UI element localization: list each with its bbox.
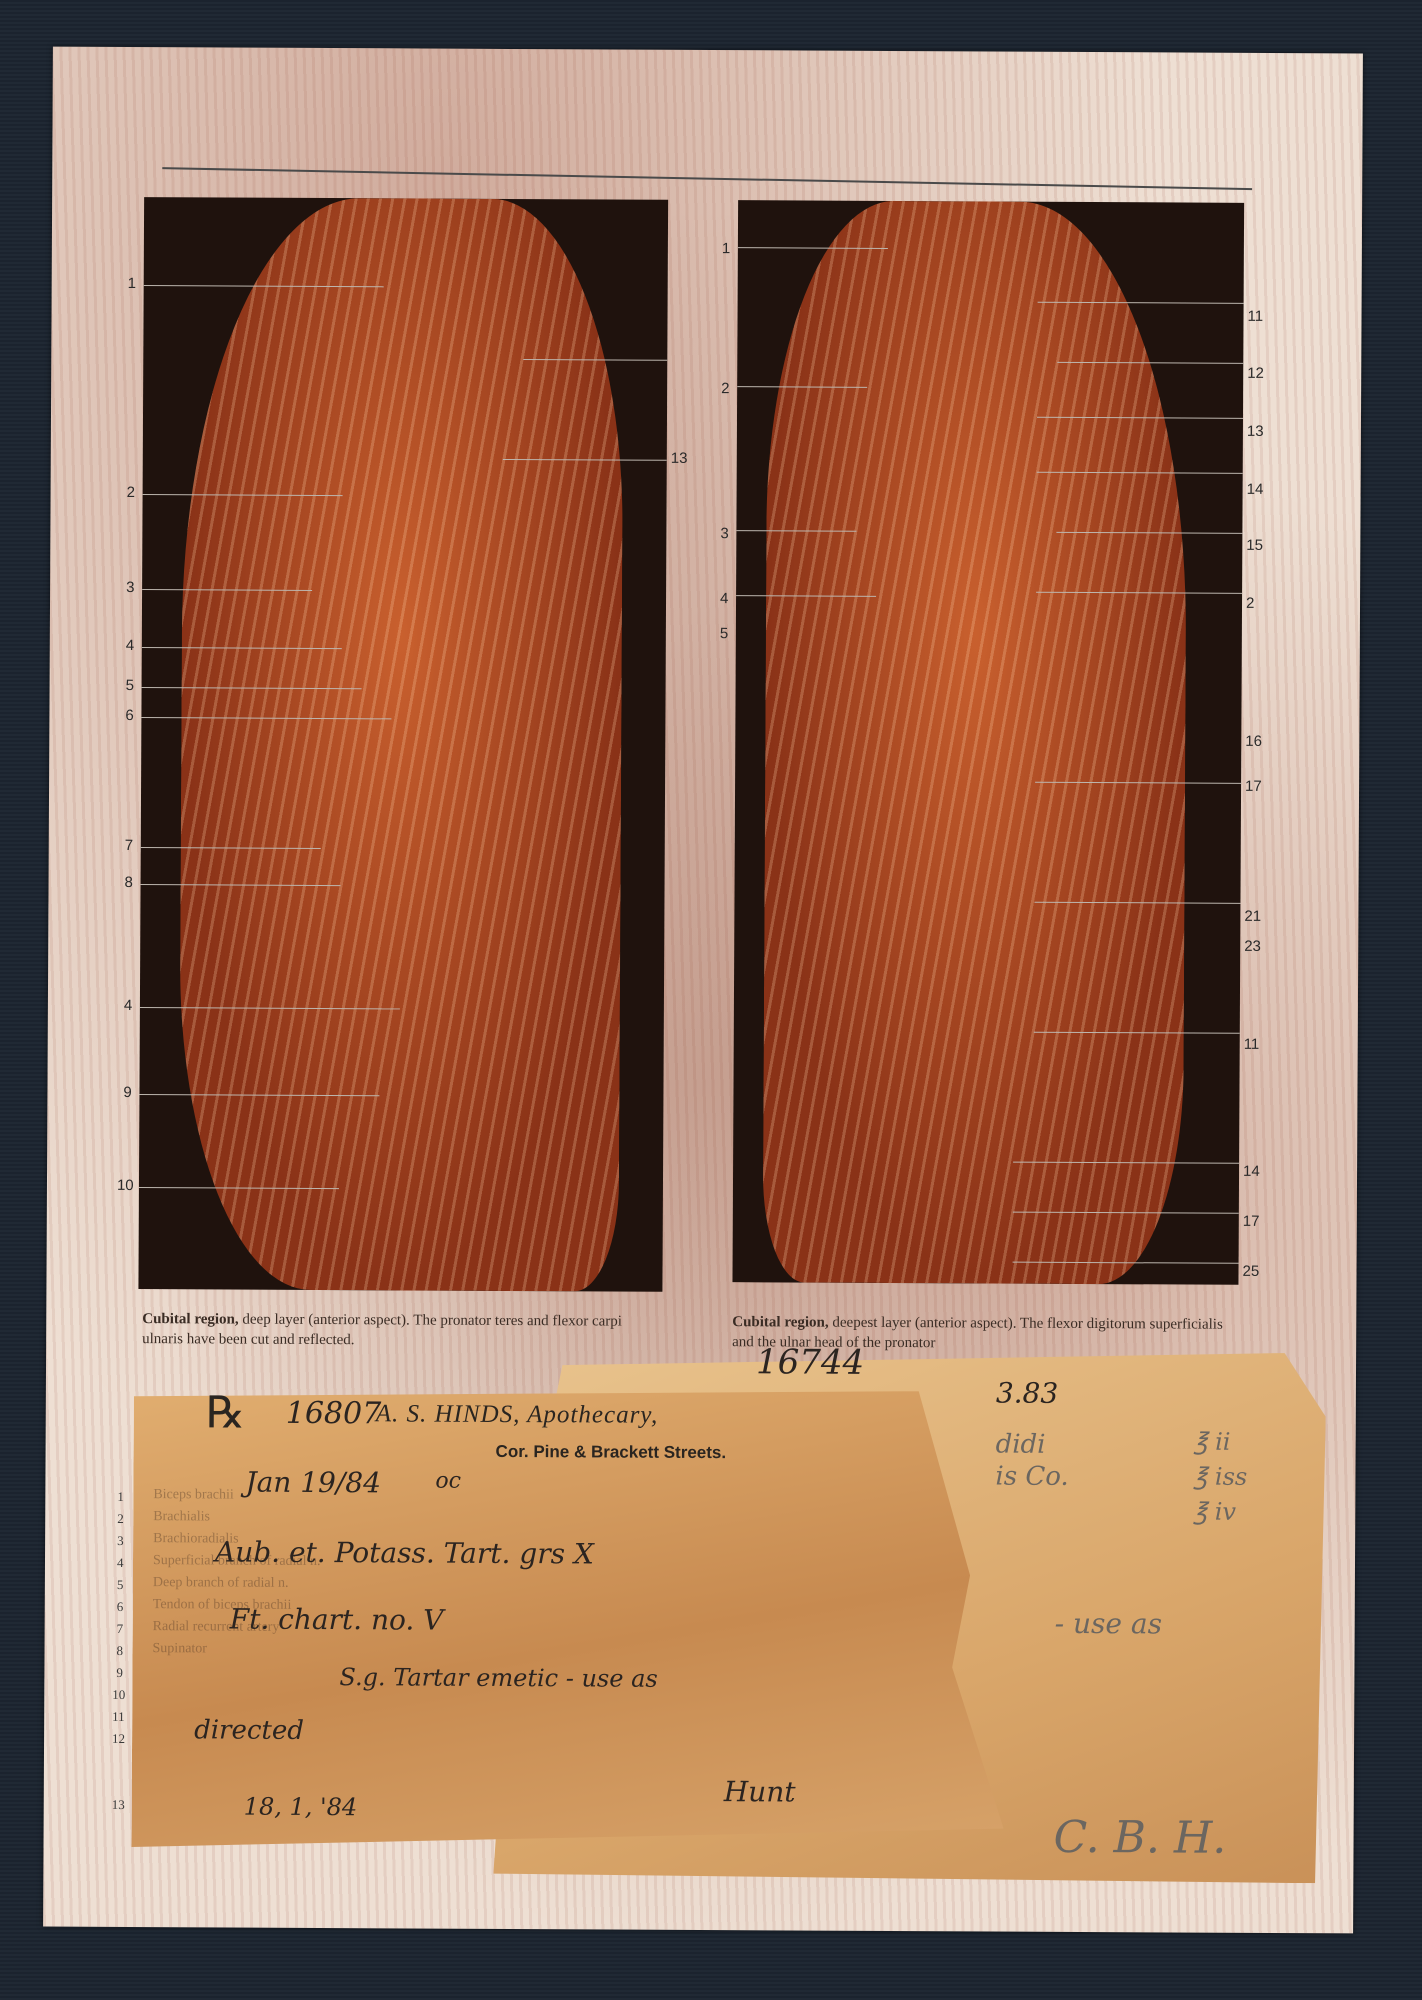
rx-line-4: directed (194, 1715, 304, 1746)
label-number: 14 (1243, 1163, 1260, 1180)
label-number: 9 (123, 1084, 131, 1101)
legend-number: 4 (117, 1555, 124, 1571)
legend-number: 11 (112, 1709, 125, 1725)
label-number: 5 (720, 625, 728, 642)
label-number: 2 (127, 484, 135, 501)
rx-line-1: Aub. et. Potass. Tart. grs X (215, 1535, 594, 1570)
label-number: 23 (1244, 938, 1261, 955)
caption-right-title: Cubital region, (732, 1314, 828, 1331)
label-number: 17 (1245, 778, 1262, 795)
legend-number: 3 (117, 1533, 124, 1549)
label-number: 11 (1247, 308, 1263, 325)
dose: ℥ ii (1194, 1428, 1231, 1456)
label-number: 3 (720, 525, 728, 542)
label-number: 2 (1246, 595, 1254, 612)
legend-number: 8 (116, 1643, 123, 1659)
legend-line: Deep branch of radial n. (153, 1575, 289, 1592)
label-number: 4 (124, 997, 132, 1014)
legend-number: 10 (112, 1687, 125, 1703)
legend-number: 5 (117, 1577, 124, 1593)
label-number: 6 (125, 707, 133, 724)
rx-symbol: ℞ (206, 1387, 246, 1438)
legend-number: 6 (117, 1599, 124, 1615)
initials: C. B. H. (1053, 1812, 1226, 1864)
label-number: 4 (720, 590, 728, 607)
label-number: 11 (1244, 1036, 1260, 1053)
dose: ℥ iv (1193, 1498, 1236, 1526)
collage-sheet: 1 2 3 4 5 6 7 8 4 9 10 13 1 2 3 4 5 11 1… (43, 47, 1363, 1934)
caption-left: Cubital region, deep layer (anterior asp… (142, 1309, 662, 1352)
leader-line (738, 247, 888, 249)
label-number: 2 (721, 380, 729, 397)
label-number: 5 (126, 677, 134, 694)
caption-left-title: Cubital region, (142, 1311, 238, 1328)
anatomical-plate-right (732, 200, 1244, 1285)
rx-number: 16807 (286, 1396, 382, 1431)
label-number: 7 (125, 837, 133, 854)
legend-line: Supinator (152, 1641, 207, 1657)
label-number: 4 (126, 637, 134, 654)
top-rule-line (162, 167, 1252, 190)
slip-date: 3.83 (996, 1377, 1059, 1410)
label-number: 3 (126, 579, 134, 596)
pharmacist-signature: Hunt (724, 1775, 796, 1808)
label-number: 25 (1242, 1263, 1259, 1280)
slip-instruction: - use as (1055, 1607, 1162, 1641)
legend-line: Brachialis (153, 1509, 210, 1525)
label-number: 12 (1247, 365, 1264, 382)
legend-number: 2 (117, 1511, 124, 1527)
legend-number: 13 (112, 1797, 125, 1813)
rx-footer-date: 18, 1, '84 (244, 1793, 358, 1822)
legend-number: 12 (112, 1731, 125, 1747)
legend-number: 7 (117, 1621, 124, 1637)
dose: ℥ iss (1193, 1463, 1247, 1491)
label-number: 8 (125, 874, 133, 891)
legend-number: 9 (116, 1665, 123, 1681)
label-number: 14 (1247, 481, 1264, 498)
anatomical-plate-left (138, 197, 668, 1292)
label-number: 13 (1247, 423, 1264, 440)
slip-line: is Co. (995, 1462, 1068, 1492)
label-number: 10 (117, 1177, 134, 1194)
label-number: 15 (1246, 537, 1263, 554)
rx-line-3: S.g. Tartar emetic - use as (339, 1663, 657, 1693)
legend-number: 1 (117, 1489, 124, 1505)
slip-line: didi (996, 1430, 1046, 1460)
label-number: 1 (128, 275, 136, 292)
dissection-image-left (178, 197, 624, 1291)
shop-name: A. S. HINDS, Apothecary, (376, 1400, 659, 1429)
shop-address: Cor. Pine & Brackett Streets. (496, 1442, 727, 1463)
rx-date: Jan 19/84 (245, 1466, 381, 1500)
label-number: 16 (1245, 733, 1262, 750)
margin-note: oc (435, 1469, 461, 1494)
label-number: 13 (671, 450, 688, 467)
slip-number: 16744 (756, 1342, 864, 1383)
label-number: 17 (1243, 1213, 1260, 1230)
rx-line-2: Ft. chart. no. V (230, 1603, 444, 1637)
label-number: 1 (722, 240, 730, 257)
label-number: 21 (1244, 908, 1261, 925)
legend-line: Biceps brachii (153, 1487, 234, 1503)
